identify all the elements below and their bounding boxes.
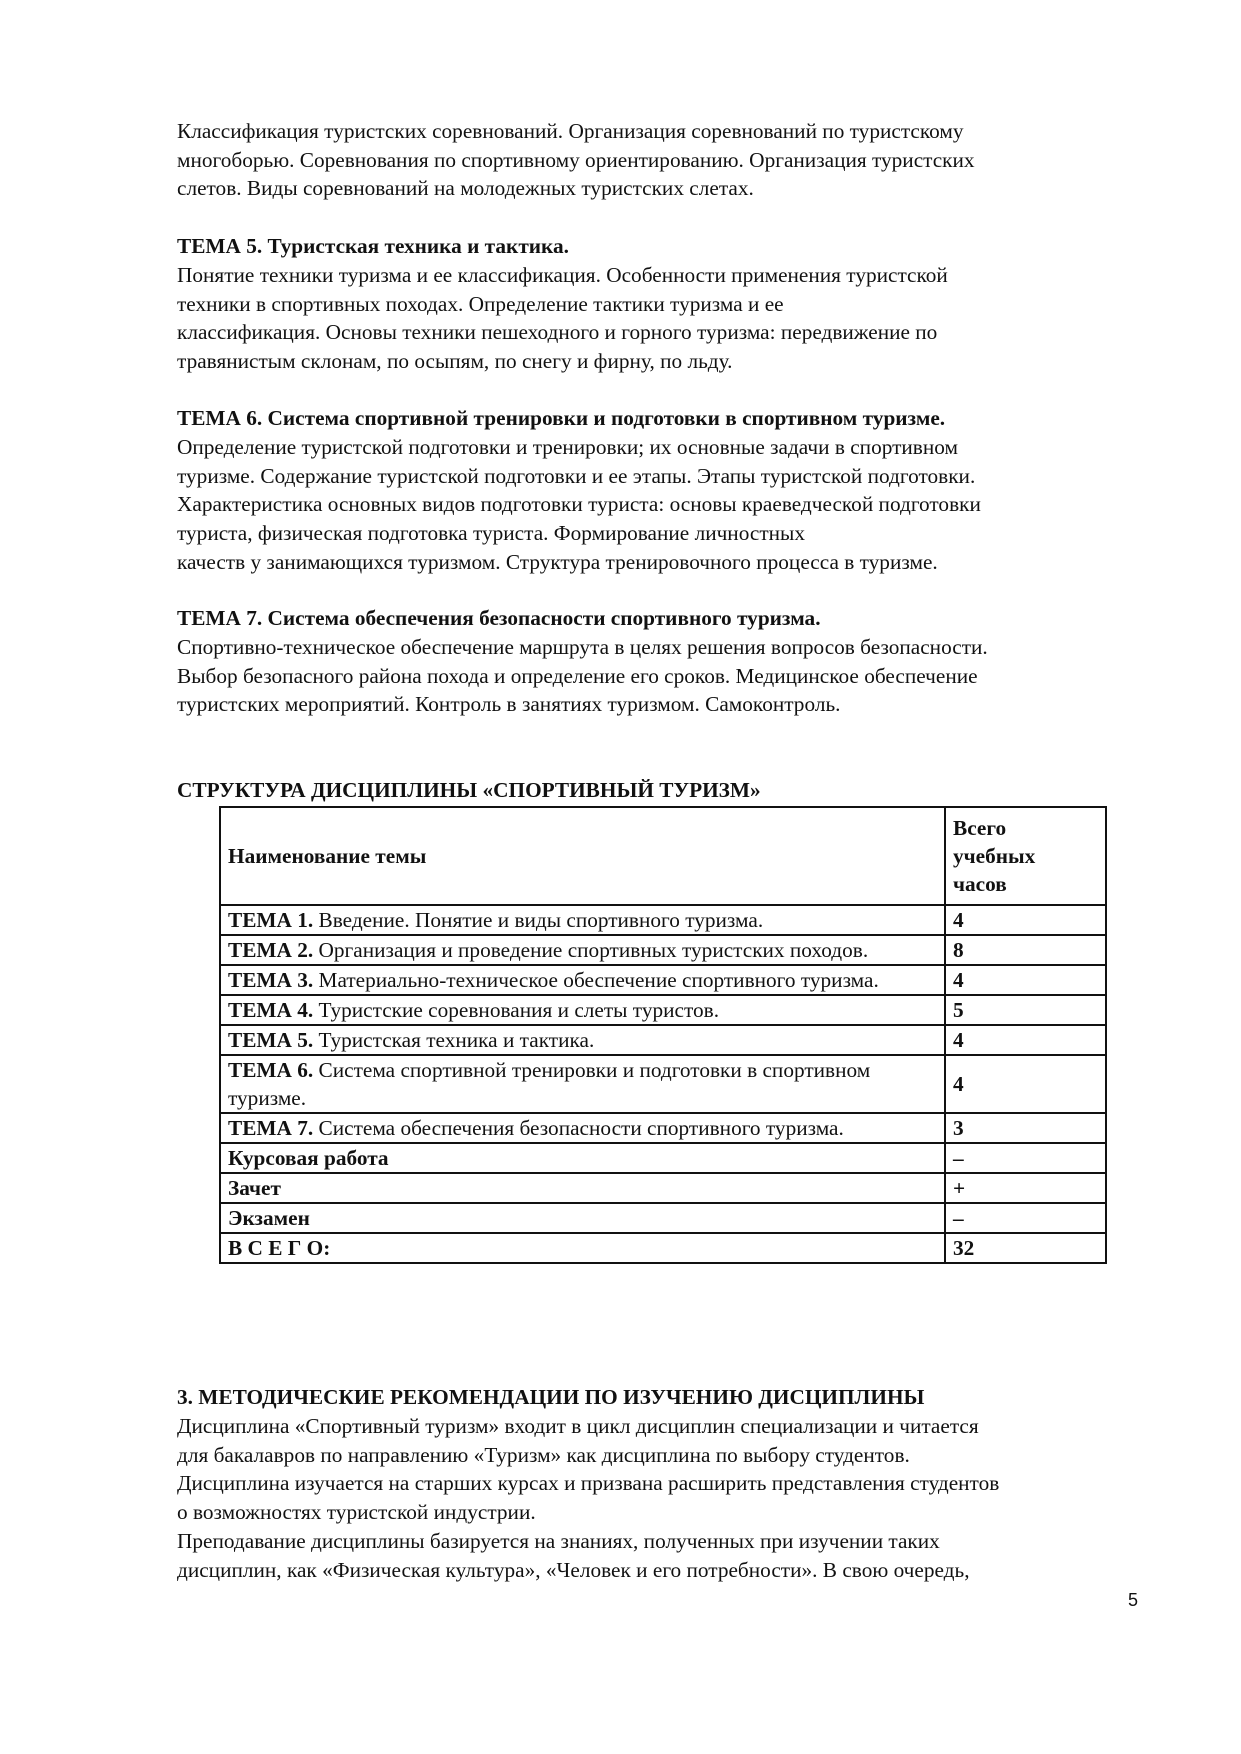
intro-paragraph: Классификация туристских соревнований. О… [177, 117, 1157, 203]
table-header-row: Наименование темы Всего учебных часов [220, 807, 1106, 905]
summary-value: – [945, 1203, 1106, 1233]
topic-7-body: Спортивно-техническое обеспечение маршру… [177, 633, 1157, 719]
page-number: 5 [1128, 1590, 1138, 1611]
topic-label: ТЕМА 4. [228, 998, 313, 1022]
summary-value: 32 [945, 1233, 1106, 1263]
topic-cell: ТЕМА 5. Туристская техника и тактика. [220, 1025, 945, 1055]
section-3-paragraph-1: Дисциплина «Спортивный туризм» входит в … [177, 1412, 1157, 1527]
summary-label: В С Е Г О: [220, 1233, 945, 1263]
summary-label: Курсовая работа [220, 1143, 945, 1173]
table-row: ТЕМА 2. Организация и проведение спортив… [220, 935, 1106, 965]
topic-title: Туристская техника и тактика. [313, 1028, 594, 1052]
section-3-paragraph-2: Преподавание дисциплины базируется на зн… [177, 1527, 1157, 1584]
topic-cell: ТЕМА 7. Система обеспечения безопасности… [220, 1113, 945, 1143]
hours-cell: 8 [945, 935, 1106, 965]
topic-title: Туристские соревнования и слеты туристов… [313, 998, 719, 1022]
summary-value: + [945, 1173, 1106, 1203]
summary-row: Курсовая работа– [220, 1143, 1106, 1173]
topic-title: Система спортивной тренировки и подготов… [228, 1058, 870, 1110]
topic-label: ТЕМА 2. [228, 938, 313, 962]
hours-cell: 3 [945, 1113, 1106, 1143]
section-3-heading: 3. МЕТОДИЧЕСКИЕ РЕКОМЕНДАЦИИ ПО ИЗУЧЕНИЮ… [177, 1383, 924, 1412]
hours-cell: 4 [945, 1025, 1106, 1055]
summary-label: Зачет [220, 1173, 945, 1203]
topic-title: Введение. Понятие и виды спортивного тур… [313, 908, 763, 932]
topic-label: ТЕМА 1. [228, 908, 313, 932]
topic-cell: ТЕМА 6. Система спортивной тренировки и … [220, 1055, 945, 1113]
document-page: Классификация туристских соревнований. О… [0, 0, 1241, 1754]
topic-label: ТЕМА 5. [228, 1028, 313, 1052]
topic-label: ТЕМА 7. [228, 1116, 313, 1140]
header-total-hours: Всего учебных часов [945, 807, 1106, 905]
topic-5-heading: ТЕМА 5. Туристская техника и тактика. [177, 232, 569, 261]
table-row: ТЕМА 4. Туристские соревнования и слеты … [220, 995, 1106, 1025]
topic-cell: ТЕМА 1. Введение. Понятие и виды спортив… [220, 905, 945, 935]
table-row: ТЕМА 5. Туристская техника и тактика.4 [220, 1025, 1106, 1055]
hours-cell: 4 [945, 965, 1106, 995]
hours-cell: 4 [945, 905, 1106, 935]
hours-cell: 5 [945, 995, 1106, 1025]
topic-title: Система обеспечения безопасности спортив… [313, 1116, 844, 1140]
topic-cell: ТЕМА 4. Туристские соревнования и слеты … [220, 995, 945, 1025]
structure-table: Наименование темы Всего учебных часов ТЕ… [219, 806, 1107, 1264]
topic-title: Организация и проведение спортивных тури… [313, 938, 868, 962]
topic-cell: ТЕМА 3. Материально-техническое обеспече… [220, 965, 945, 995]
topic-6-body: Определение туристской подготовки и трен… [177, 433, 1157, 577]
topic-title: Материально-техническое обеспечение спор… [313, 968, 879, 992]
table-row: ТЕМА 7. Система обеспечения безопасности… [220, 1113, 1106, 1143]
hours-cell: 4 [945, 1055, 1106, 1113]
topic-label: ТЕМА 3. [228, 968, 313, 992]
header-topic-name: Наименование темы [220, 807, 945, 905]
summary-row: Экзамен– [220, 1203, 1106, 1233]
topic-7-heading: ТЕМА 7. Система обеспечения безопасности… [177, 604, 821, 633]
summary-row: Зачет+ [220, 1173, 1106, 1203]
table-row: ТЕМА 3. Материально-техническое обеспече… [220, 965, 1106, 995]
structure-title: СТРУКТУРА ДИСЦИПЛИНЫ «СПОРТИВНЫЙ ТУРИЗМ» [177, 776, 761, 805]
summary-value: – [945, 1143, 1106, 1173]
topic-cell: ТЕМА 2. Организация и проведение спортив… [220, 935, 945, 965]
table-row: ТЕМА 6. Система спортивной тренировки и … [220, 1055, 1106, 1113]
topic-6-heading: ТЕМА 6. Система спортивной тренировки и … [177, 404, 945, 433]
table-row: ТЕМА 1. Введение. Понятие и виды спортив… [220, 905, 1106, 935]
topic-label: ТЕМА 6. [228, 1058, 313, 1082]
summary-label: Экзамен [220, 1203, 945, 1233]
summary-row: В С Е Г О:32 [220, 1233, 1106, 1263]
topic-5-body: Понятие техники туризма и ее классификац… [177, 261, 1157, 376]
